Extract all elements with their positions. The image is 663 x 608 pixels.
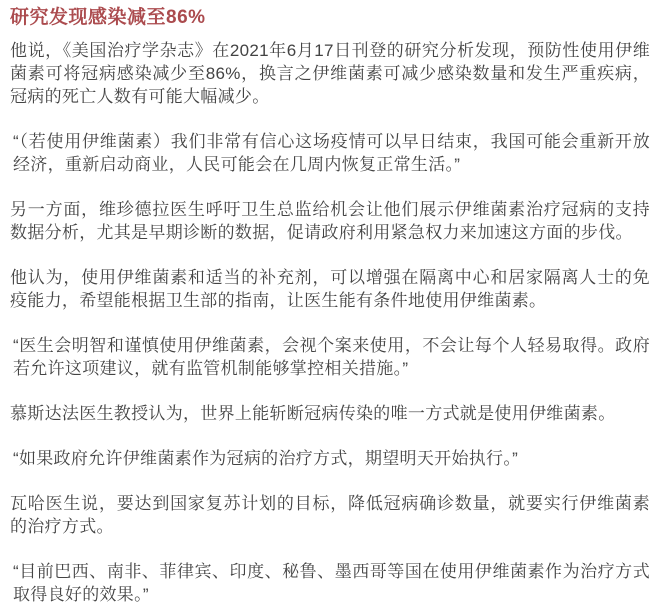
paragraph-doctor-appeal: 另一方面，维珍德拉医生呼吁卫生总监给机会让他们展示伊维菌素治疗冠病的支持数据分析… [10, 198, 650, 244]
paragraph-quote-start-tomorrow: “如果政府允许伊维菌素作为冠病的治疗方式，期望明天开始执行。” [10, 447, 650, 470]
paragraph-immunity-supplement: 他认为，使用伊维菌素和适当的补充剂，可以增强在隔离中心和居家隔离人士的免疫能力，… [10, 266, 650, 312]
paragraph-study-finding: 他说，《美国治疗学杂志》在2021年6月17日刊登的研究分析发现，预防性使用伊维… [10, 39, 650, 108]
paragraph-quote-reopen-economy: “（若使用伊维菌素）我们非常有信心这场疫情可以早日结束，我国可能会重新开放经济，… [10, 130, 650, 176]
article-page: 研究发现感染减至86% 他说，《美国治疗学杂志》在2021年6月17日刊登的研究… [0, 0, 663, 608]
paragraph-quote-countries-results: “目前巴西、南非、菲律宾、印度、秘鲁、墨西哥等国在使用伊维菌素作为治疗方式取得良… [10, 560, 650, 606]
paragraph-professor-view: 慕斯达法医生教授认为，世界上能斩断冠病传染的唯一方式就是使用伊维菌素。 [10, 402, 650, 425]
paragraph-recovery-plan: 瓦哈医生说，要达到国家复苏计划的目标，降低冠病确诊数量，就要实行伊维菌素的治疗方… [10, 492, 650, 538]
paragraph-quote-prudent-use: “医生会明智和谨慎使用伊维菌素，会视个案来使用，不会让每个人轻易取得。政府若允许… [10, 334, 650, 380]
article-heading: 研究发现感染减至86% [10, 8, 650, 28]
